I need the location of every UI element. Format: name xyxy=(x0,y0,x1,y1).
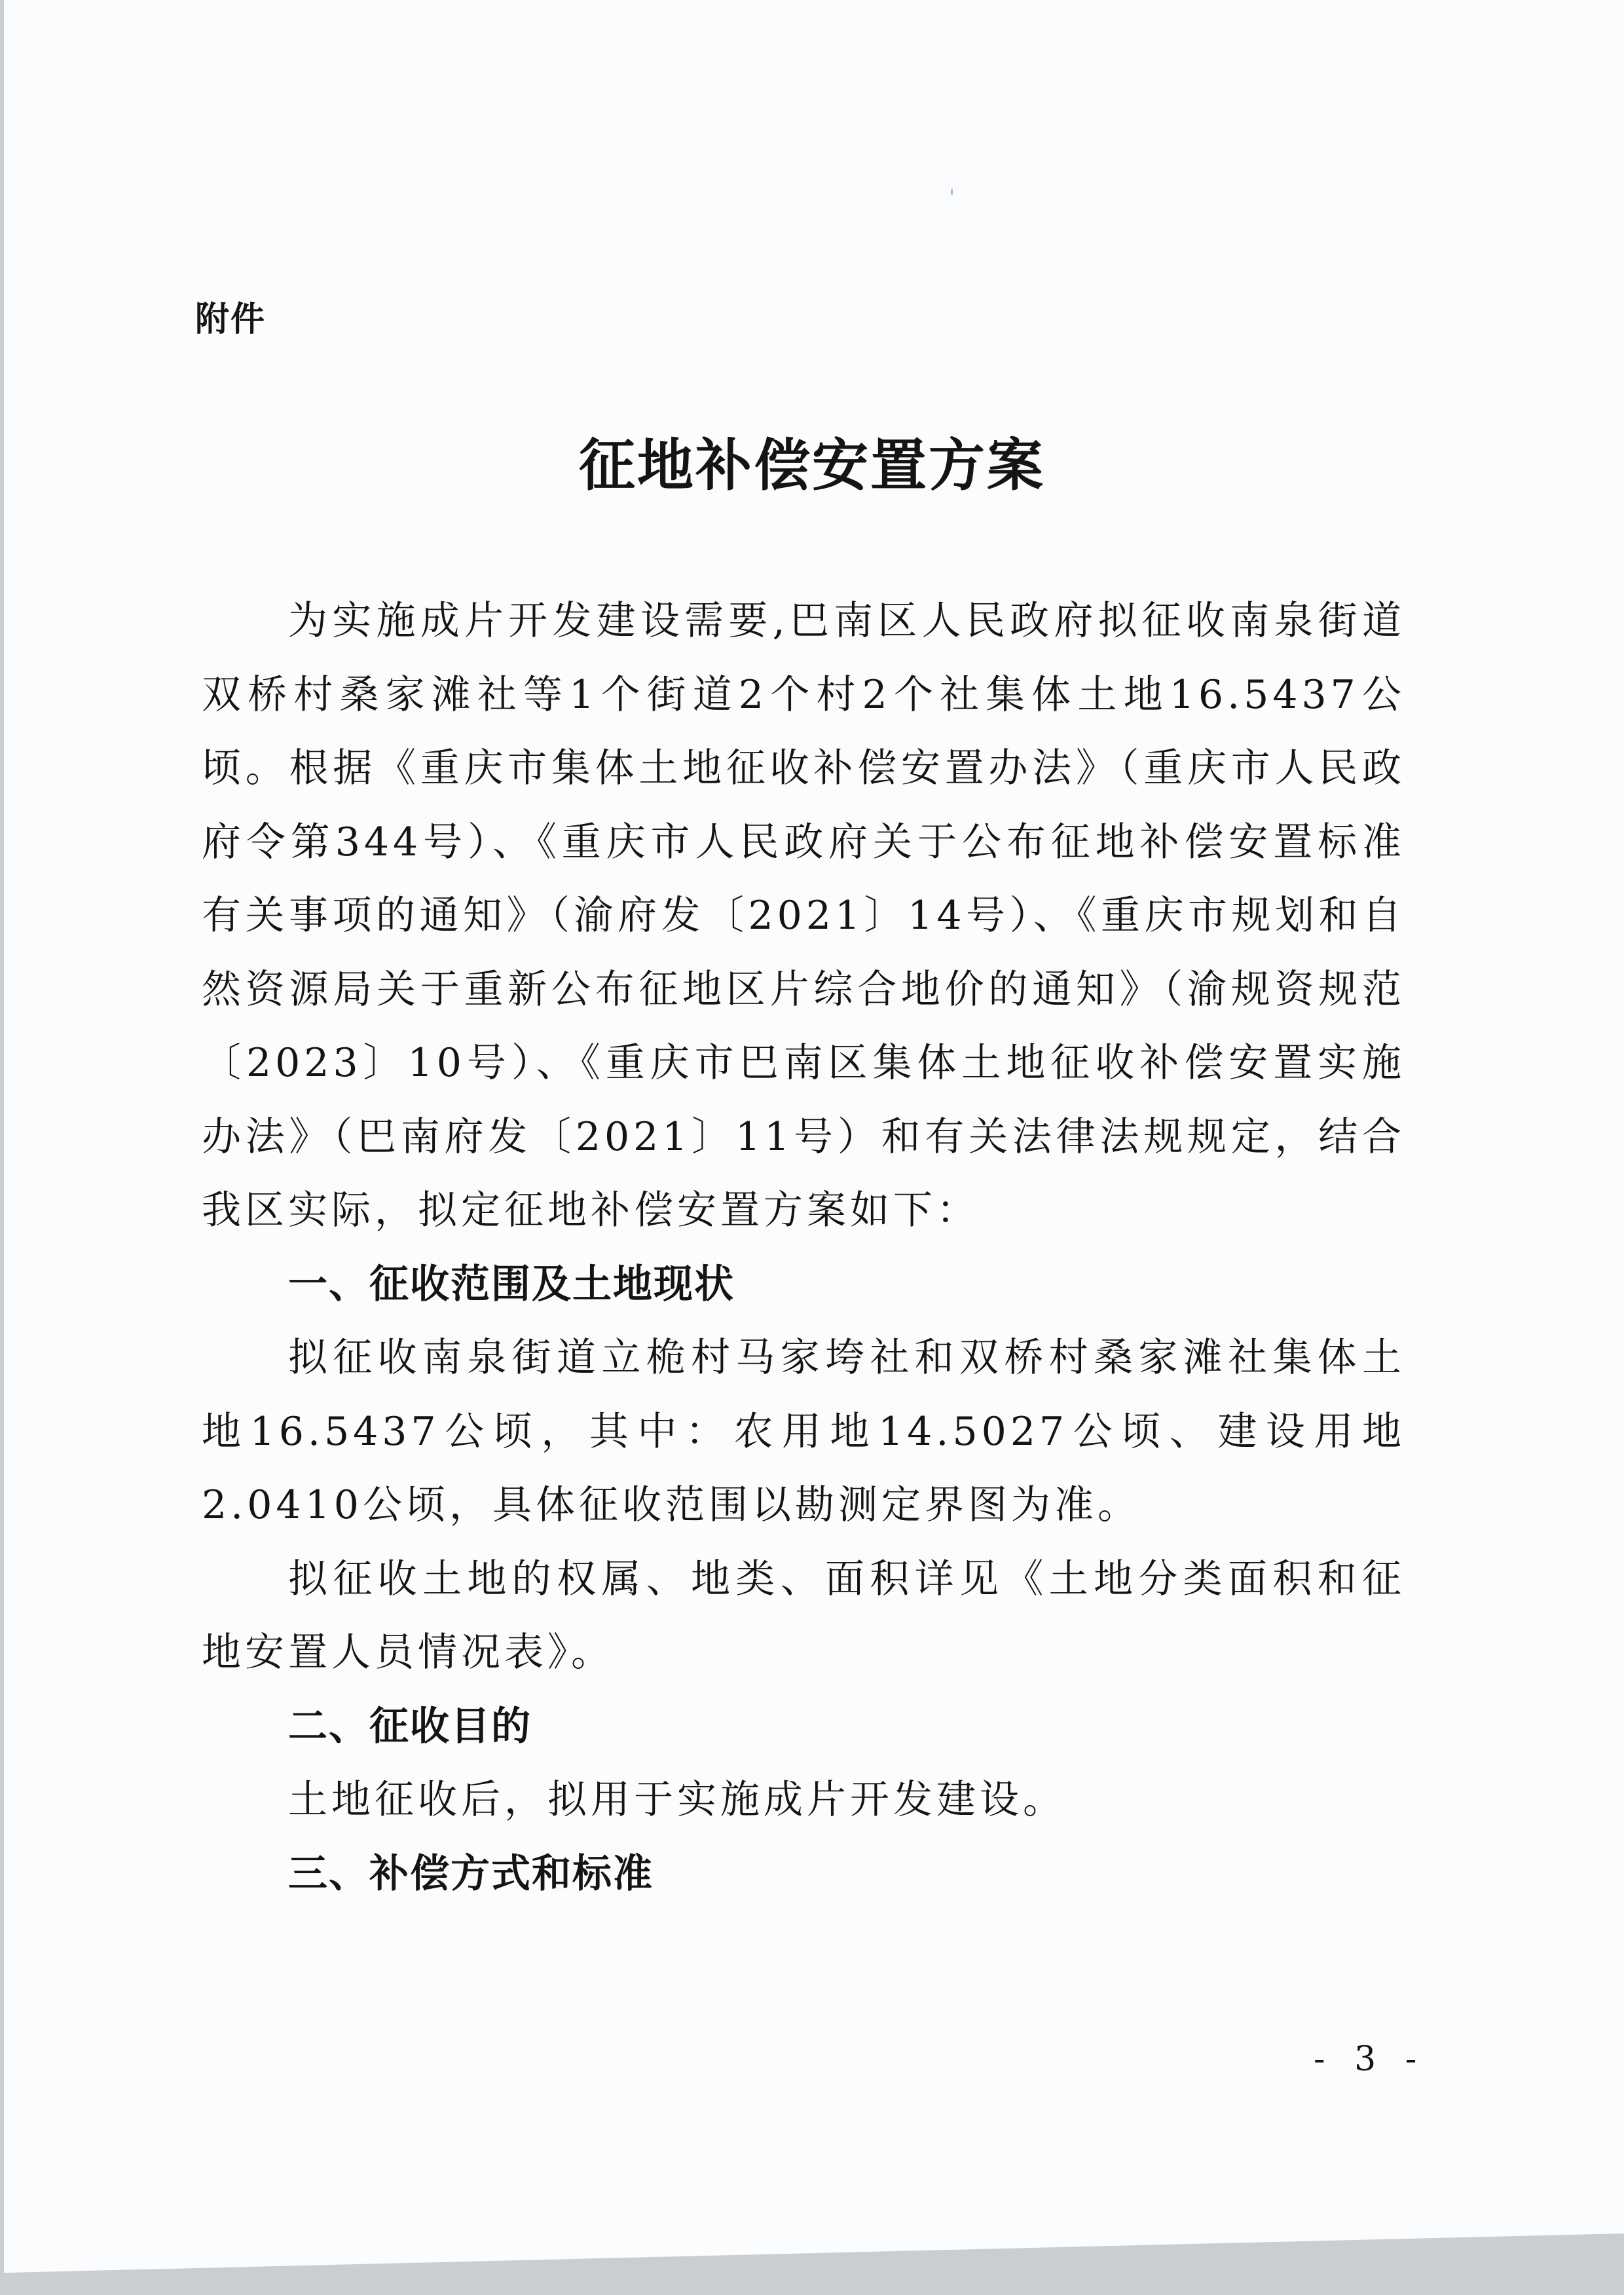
section-heading-scope: 一、征收范围及土地现状 xyxy=(202,1248,1405,1322)
page-number: - 3 - xyxy=(1314,2042,1426,2076)
attachment-label: 附件 xyxy=(195,303,266,337)
section-purpose-paragraph-1: 土地征收后，拟用于实施成片开发建设。 xyxy=(202,1763,1405,1837)
intro-paragraph: 为实施成片开发建设需要,巴南区人民政府拟征收南泉街道双桥村桑家滩社等1个街道2个… xyxy=(202,584,1405,1248)
section-heading-compensation: 三、补偿方式和标准 xyxy=(202,1837,1405,1911)
section-scope-paragraph-1: 拟征收南泉街道立桅村马家垮社和双桥村桑家滩社集体土地16.5437公顷，其中：农… xyxy=(202,1321,1405,1542)
section-scope-paragraph-2: 拟征收土地的权属、地类、面积详见《土地分类面积和征地安置人员情况表》。 xyxy=(202,1542,1405,1690)
section-heading-purpose: 二、征收目的 xyxy=(202,1690,1405,1764)
scan-edge xyxy=(0,0,4,2273)
document-title: 征地补偿安置方案 xyxy=(0,438,1624,494)
document-page: 附件 征地补偿安置方案 为实施成片开发建设需要,巴南区人民政府拟征收南泉街道双桥… xyxy=(0,0,1624,2279)
document-body: 为实施成片开发建设需要,巴南区人民政府拟征收南泉街道双桥村桑家滩社等1个街道2个… xyxy=(202,584,1405,1911)
scan-mark xyxy=(951,189,953,195)
